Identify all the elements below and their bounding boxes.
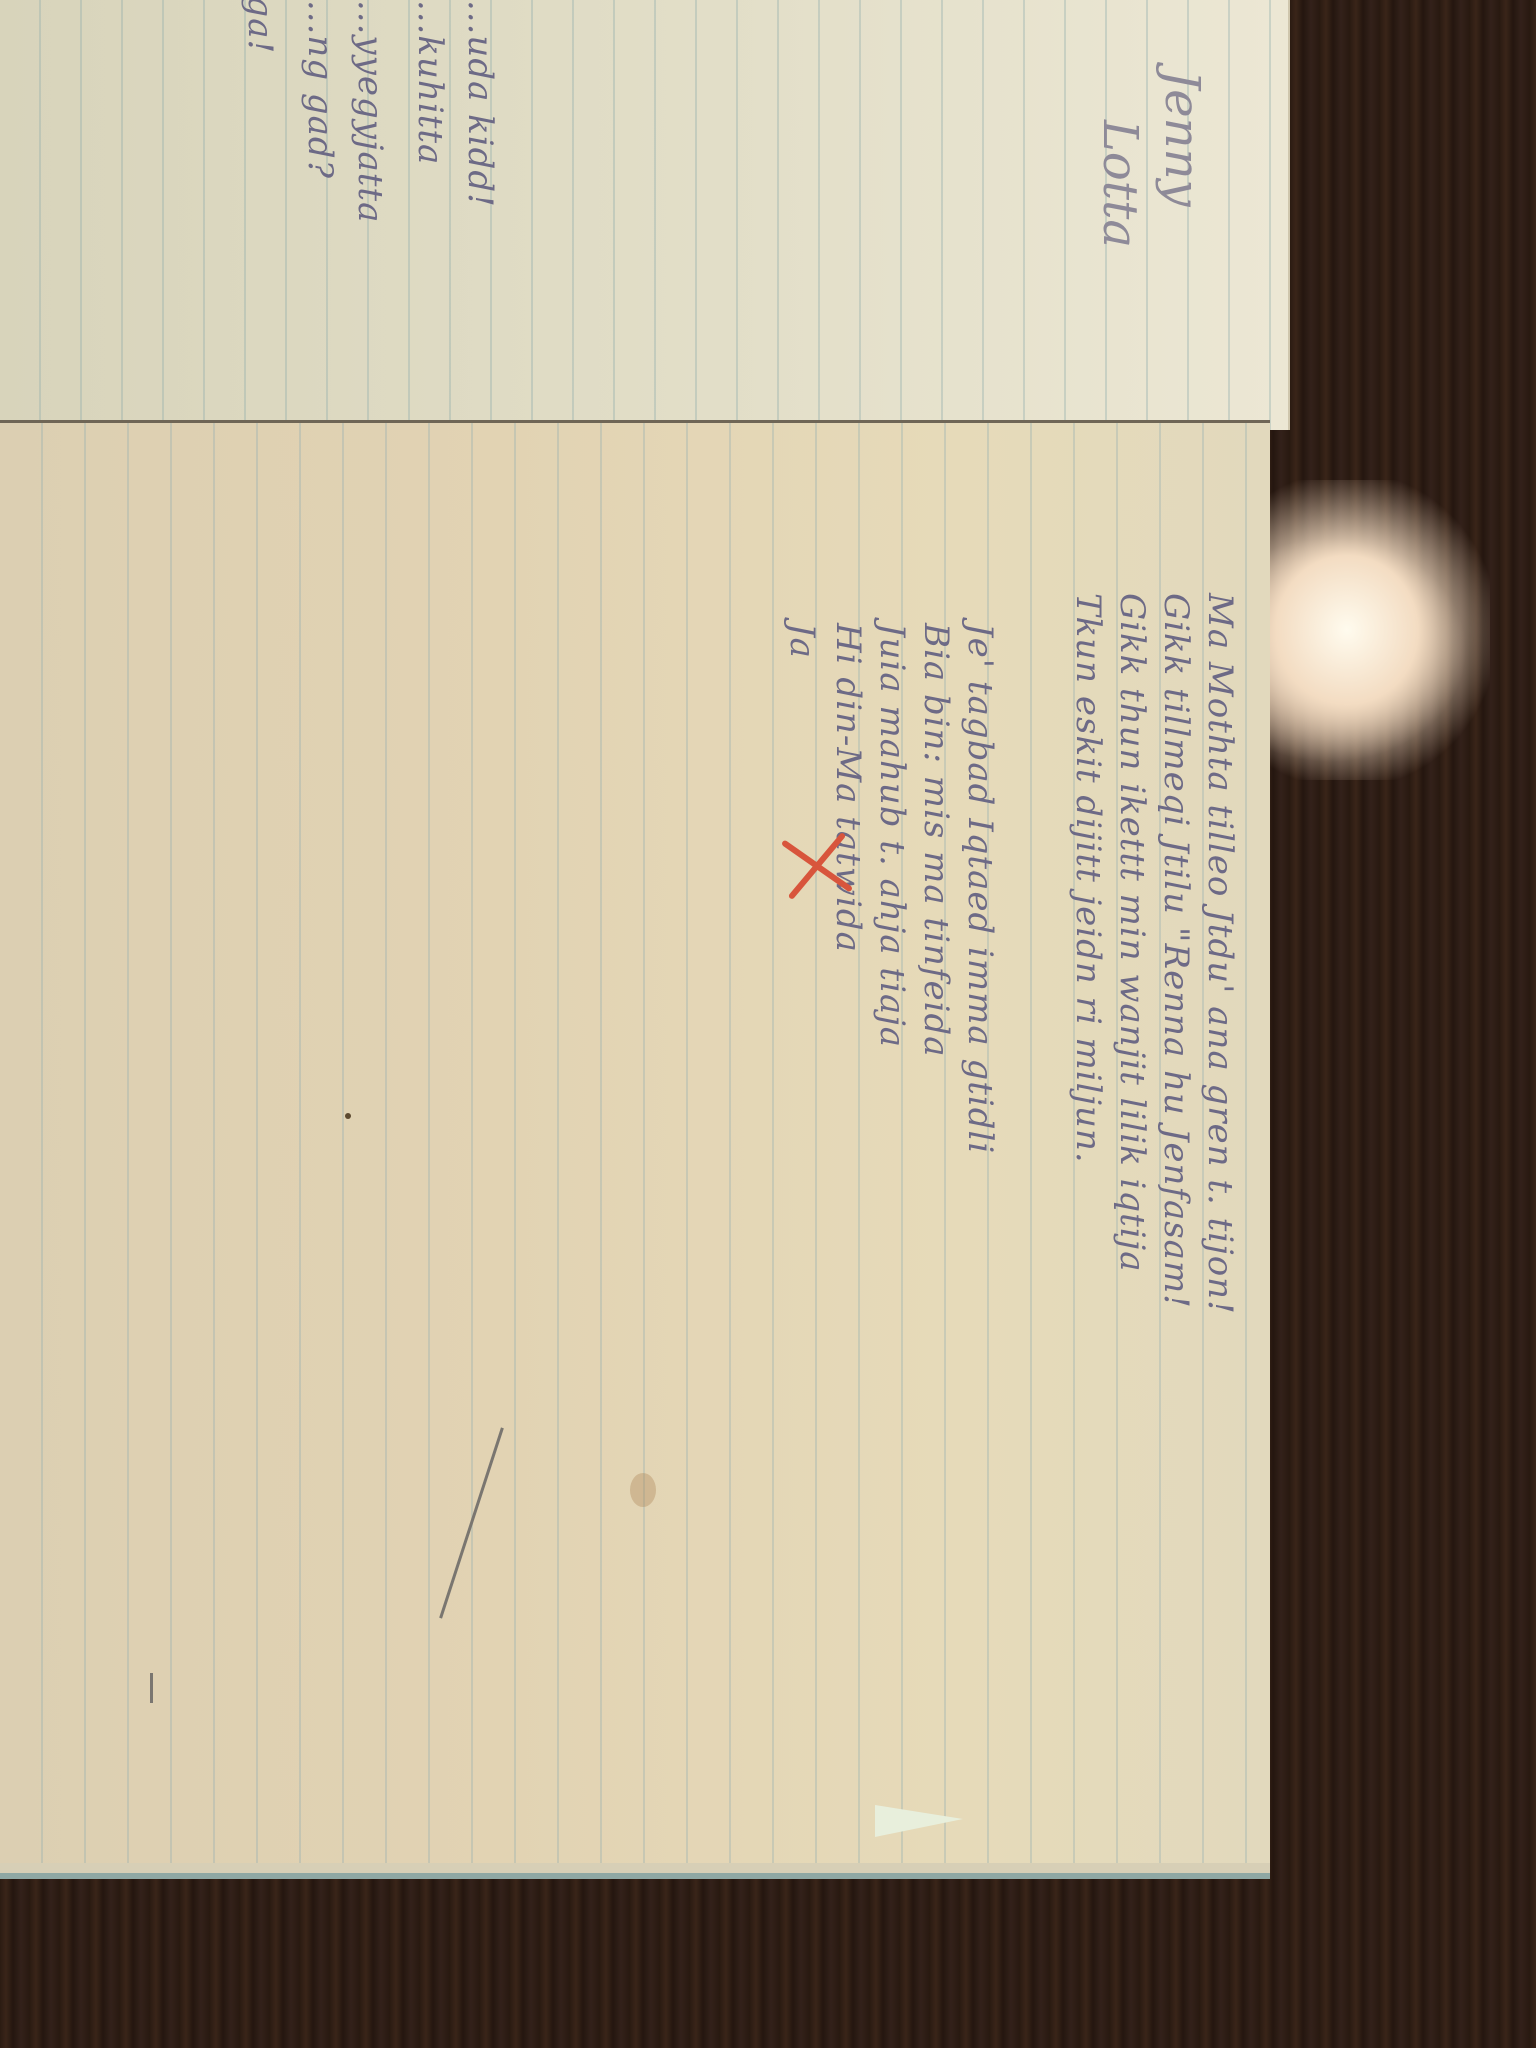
text-line: Ma Mothta tilleo Jtdu' ana gren t. tijon… [1200,593,1240,1315]
text-line: Tkun eskit dijitt jeidn ri miljun. [1068,593,1108,1164]
text-line: Gikk thun ikettt min wanjit lilik iqtija [1112,593,1152,1272]
text-line: Juia mahub t. ahja tiaja [872,623,912,1048]
edge-fragment: ...ga! [240,0,280,54]
notebook-top-page: Jenny Lotta ... ...ga! ...kuhitta ...uda… [0,0,1290,430]
signature-line-1: Jenny [1154,70,1210,207]
signature-line-2: Lotta [1092,120,1148,248]
text-line: Bia bin: mis ma tinfeida [916,623,956,1057]
edge-fragment: ...uda kidd! [460,0,500,208]
paper-scrap [875,1805,963,1837]
notebook-main-page: Ma Mothta tilleo Jtdu' ana gren t. tijon… [0,420,1270,1873]
stain [630,1473,656,1507]
edge-fragment: ...ng gad? [300,0,340,179]
stain [345,1113,351,1119]
closing-text: Ja [782,623,822,659]
red-x-mark [780,833,850,903]
text-line: Je' tagbad Iqtaed imma gtidli [960,623,1000,1154]
text-line: Hi din-Ma tatwida [828,623,868,953]
light-glare [1270,480,1490,780]
edge-fragment: ...yyegyjatta [350,0,390,223]
edge-fragment: ...kuhitta [410,0,450,165]
text-line: Gikk tillmeqi Jtilu "Renna hu Jenfasam! [1156,593,1196,1309]
pencil-stroke [150,1673,153,1703]
